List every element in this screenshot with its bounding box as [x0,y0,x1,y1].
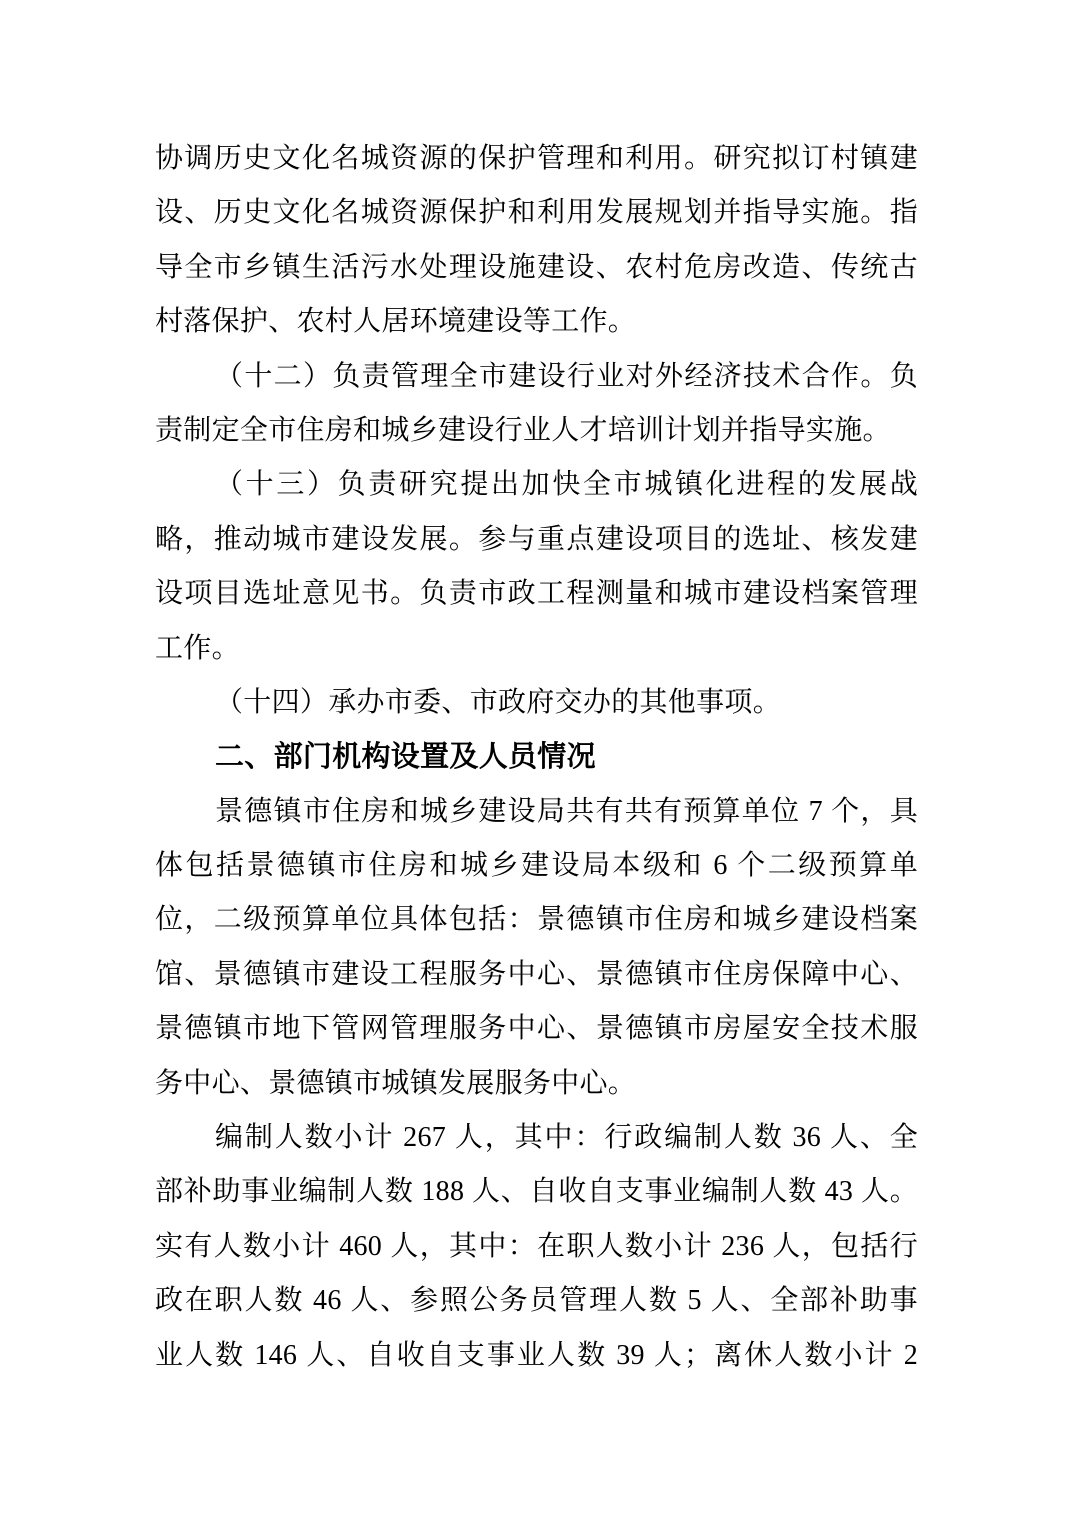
text-line: 务中心、景德镇市城镇发展服务中心。 [155,1057,918,1111]
text-line: 部补助事业编制人数 188 人、自收自支事业编制人数 43 人。 [155,1165,918,1219]
text-line: 位，二级预算单位具体包括：景德镇市住房和城乡建设档案 [155,893,918,947]
text-line: 体包括景德镇市住房和城乡建设局本级和 6 个二级预算单 [155,839,918,893]
text-line: （十三）负责研究提出加快全市城镇化进程的发展战 [155,458,918,512]
text-line: 景德镇市地下管网管理服务中心、景德镇市房屋安全技术服 [155,1002,918,1056]
text-line: 编制人数小计 267 人，其中：行政编制人数 36 人、全 [155,1111,918,1165]
text-line: 协调历史文化名城资源的保护管理和利用。研究拟订村镇建 [155,132,918,186]
document-page: 协调历史文化名城资源的保护管理和利用。研究拟订村镇建设、历史文化名城资源保护和利… [0,0,1074,1520]
text-line: 导全市乡镇生活污水处理设施建设、农村危房改造、传统古 [155,241,918,295]
text-line: （十四）承办市委、市政府交办的其他事项。 [155,676,918,730]
text-line: 业人数 146 人、自收自支事业人数 39 人；离休人数小计 2 [155,1329,918,1383]
section-heading: 二、部门机构设置及人员情况 [155,730,918,784]
text-line: 设、历史文化名城资源保护和利用发展规划并指导实施。指 [155,186,918,240]
text-line: 略，推动城市建设发展。参与重点建设项目的选址、核发建 [155,513,918,567]
text-line: 政在职人数 46 人、参照公务员管理人数 5 人、全部补助事 [155,1274,918,1328]
text-line: 设项目选址意见书。负责市政工程测量和城市建设档案管理 [155,567,918,621]
text-line: 责制定全市住房和城乡建设行业人才培训计划并指导实施。 [155,404,918,458]
text-line: 工作。 [155,622,918,676]
text-line: 馆、景德镇市建设工程服务中心、景德镇市住房保障中心、 [155,948,918,1002]
text-line: 村落保护、农村人居环境建设等工作。 [155,295,918,349]
text-line: 实有人数小计 460 人，其中：在职人数小计 236 人，包括行 [155,1220,918,1274]
text-line: 景德镇市住房和城乡建设局共有共有预算单位 7 个，具 [155,785,918,839]
document-text-block: 协调历史文化名城资源的保护管理和利用。研究拟订村镇建设、历史文化名城资源保护和利… [155,132,918,1383]
text-line: （十二）负责管理全市建设行业对外经济技术合作。负 [155,350,918,404]
